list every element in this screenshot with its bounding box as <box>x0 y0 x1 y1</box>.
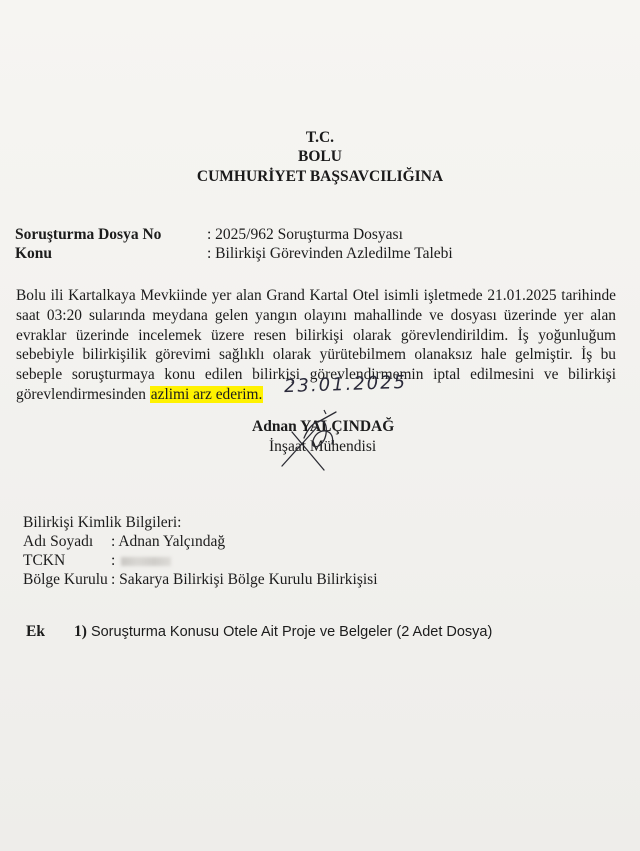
handwritten-date: 23.01.2025 <box>284 372 408 397</box>
body-line: saat 03:20 sularında meydana gelen yangı… <box>16 306 616 326</box>
body-line: Bolu ili Kartalkaya Mevkiinde yer alan G… <box>16 286 616 306</box>
attachment-text: Soruşturma Konusu Otele Ait Proje ve Bel… <box>87 624 492 640</box>
identity-label: Adı Soyadı <box>23 532 93 551</box>
identity-colon: : <box>111 552 115 569</box>
meta-value: : 2025/962 Soruşturma Dosyası <box>207 225 403 245</box>
body-line: evraklar üzerinde incelemek üzere resen … <box>16 326 616 346</box>
body-line-prefix: görevlendirmesinden <box>16 386 150 403</box>
identity-label: TCKN <box>23 551 65 570</box>
identity-row-region: Bölge Kurulu : Sakarya Bilirkişi Bölge K… <box>23 570 181 589</box>
identity-row-name: Adı Soyadı : Adnan Yalçındağ <box>23 532 181 551</box>
identity-value: : Sakarya Bilirkişi Bölge Kurulu Bilirki… <box>111 570 378 589</box>
identity-label: Bölge Kurulu <box>23 570 108 589</box>
header-city: BOLU <box>0 147 640 167</box>
expert-identity-section: Bilirkişi Kimlik Bilgileri: Adı Soyadı :… <box>23 513 181 589</box>
header-institution: CUMHURİYET BAŞSAVCILIĞINA <box>0 167 640 187</box>
body-line: sebebiyle bilirkişilik görevimi sağlıklı… <box>16 345 616 365</box>
signature-icon <box>274 408 364 478</box>
identity-heading: Bilirkişi Kimlik Bilgileri: <box>23 513 181 532</box>
document-page: T.C. BOLU CUMHURİYET BAŞSAVCILIĞINA Soru… <box>0 0 640 851</box>
header-tc: T.C. <box>0 128 640 148</box>
redacted-tckn <box>121 557 171 566</box>
attachment-item: 1) Soruşturma Konusu Otele Ait Proje ve … <box>74 622 492 642</box>
highlighted-text: azlimi arz ederim. <box>150 386 264 403</box>
identity-value: : Adnan Yalçındağ <box>111 532 225 551</box>
identity-row-tckn: TCKN : <box>23 551 181 570</box>
attachment-number: 1) <box>74 623 87 640</box>
meta-label: Soruşturma Dosya No <box>15 225 161 245</box>
attachments-label: Ek <box>26 622 45 642</box>
meta-label: Konu <box>15 244 52 264</box>
meta-value: : Bilirkişi Görevinden Azledilme Talebi <box>207 244 453 264</box>
identity-value: : <box>111 551 171 570</box>
